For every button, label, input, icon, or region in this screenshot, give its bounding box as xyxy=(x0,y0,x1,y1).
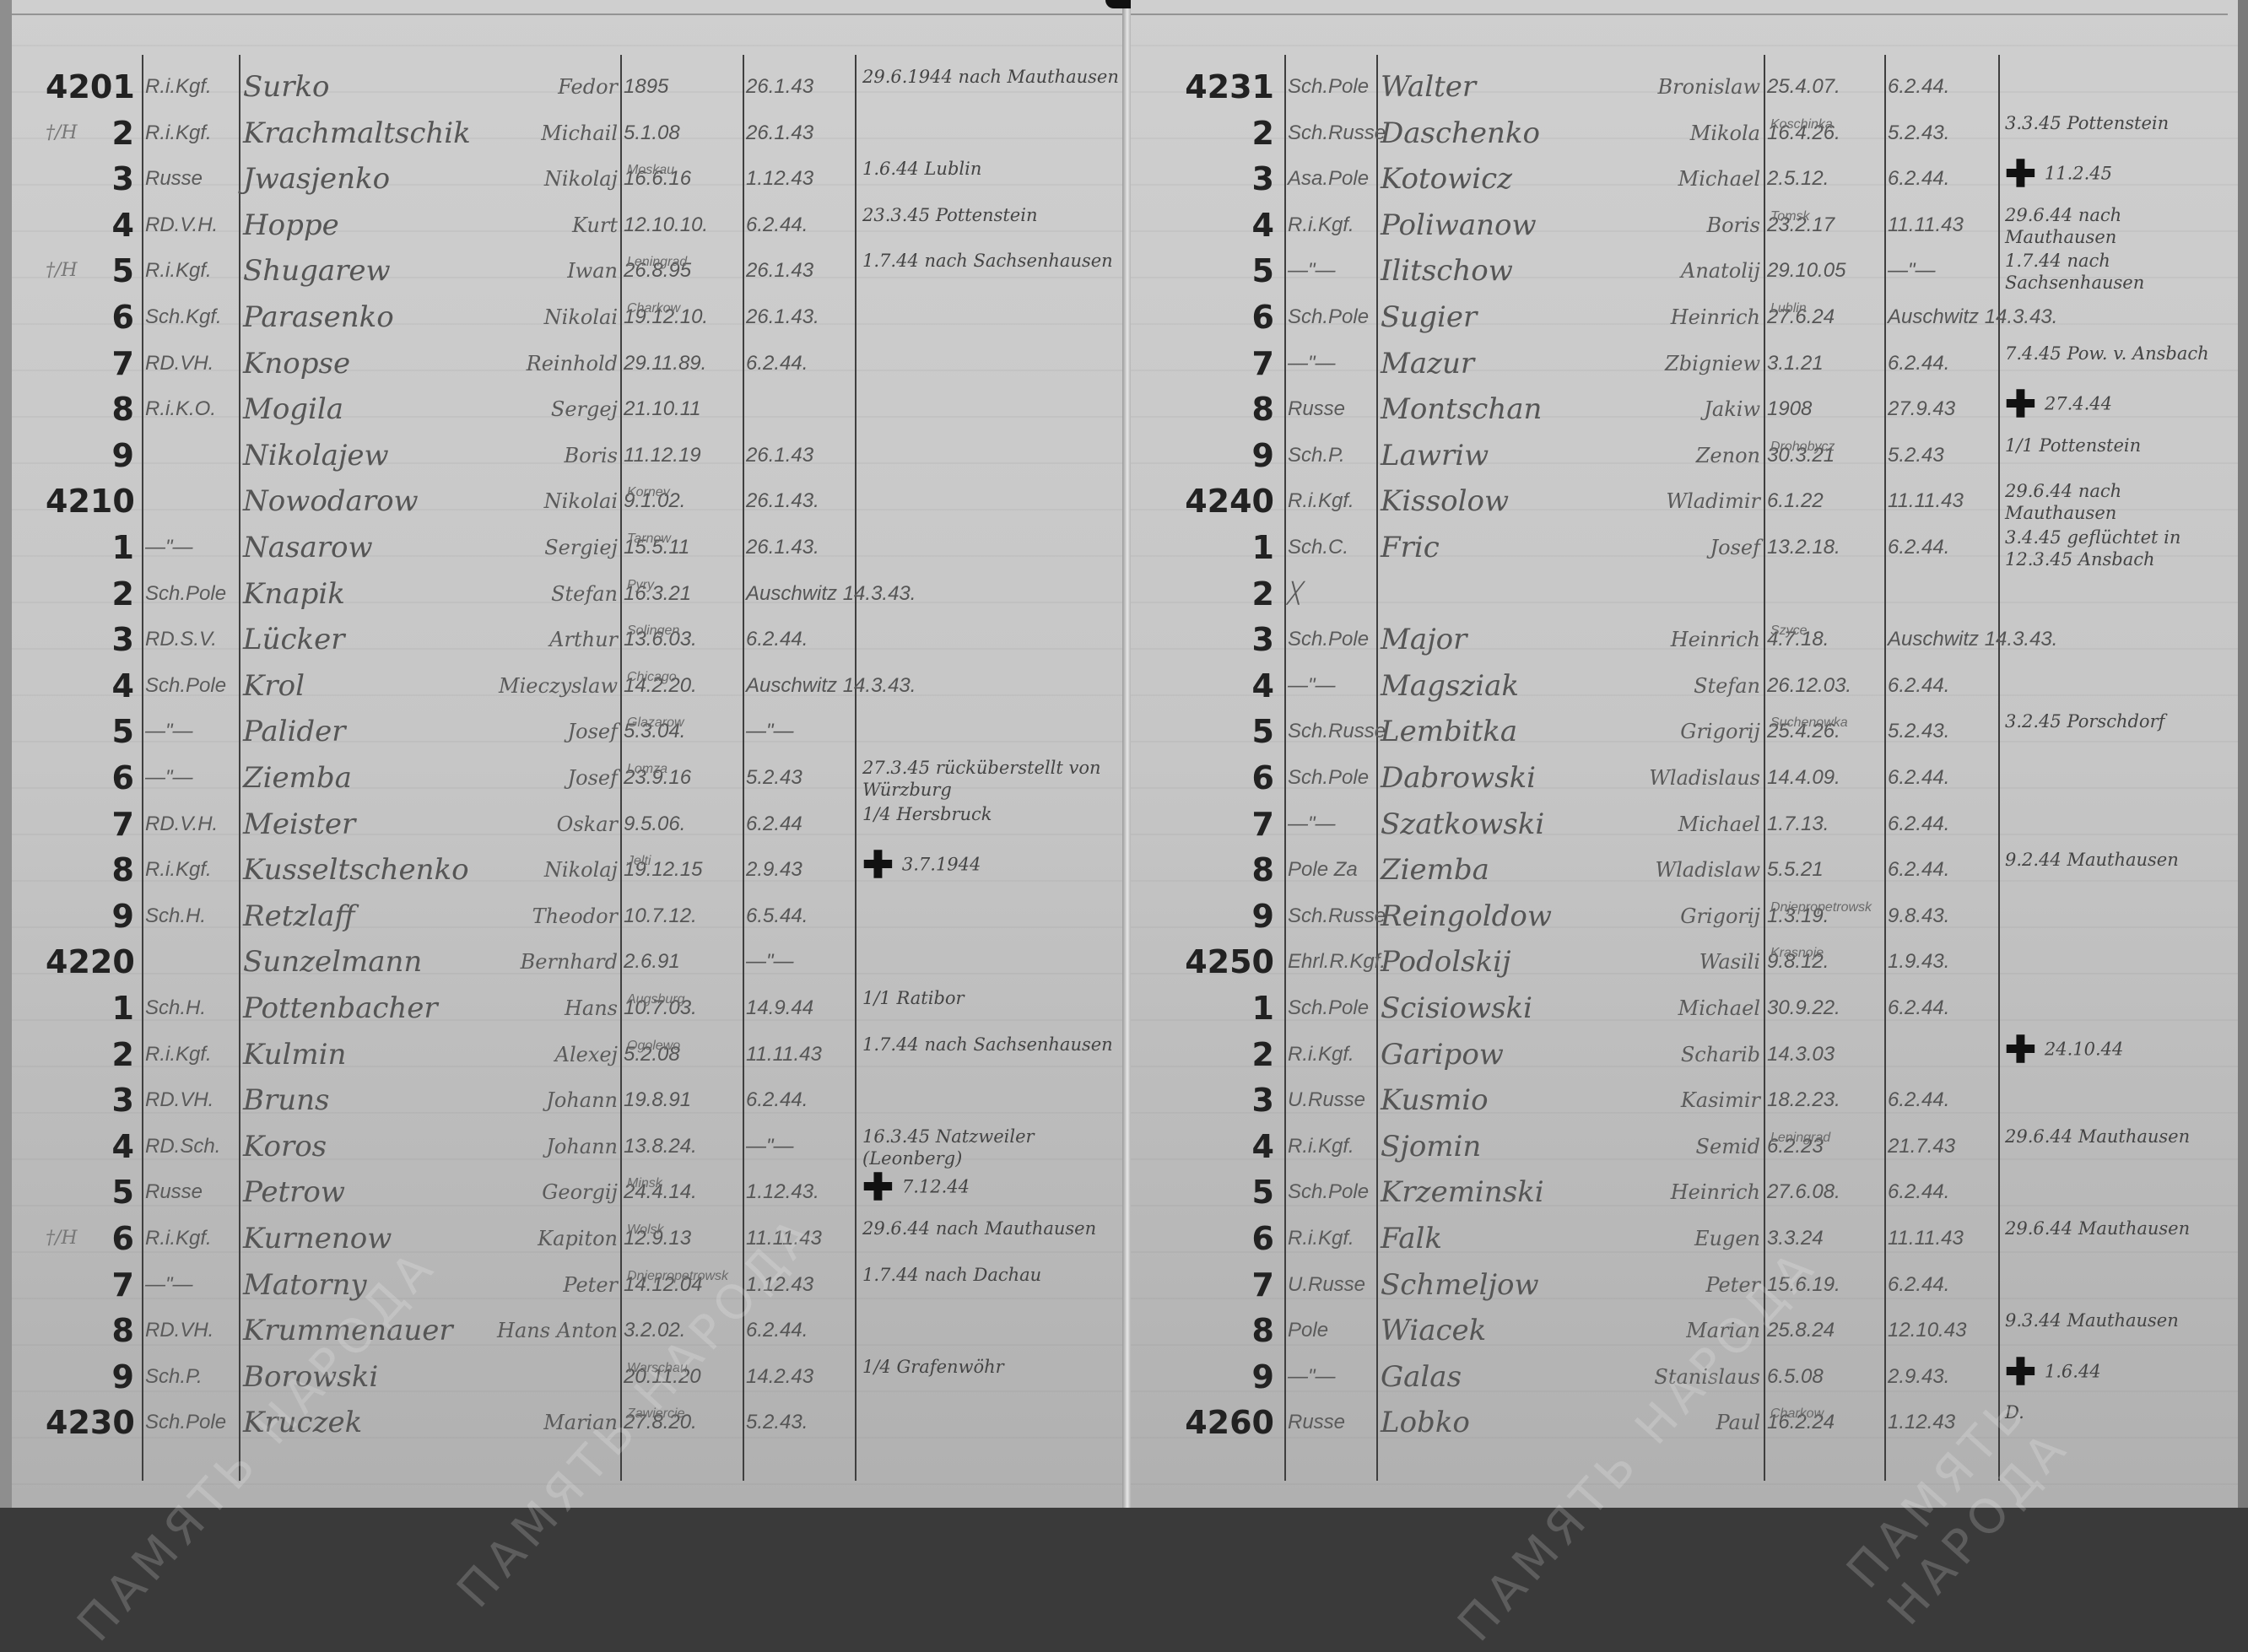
prisoner-number: 4240 xyxy=(1148,478,1274,524)
remark-text: 3.2.45 Porschdorf xyxy=(2005,711,2164,732)
birth-date: 13.2.18. xyxy=(1767,525,1882,570)
category: U.Russe xyxy=(1288,1262,1375,1308)
register-row: 6R.i.Kgf.FalkEugen3.3.2411.11.4329.6.44 … xyxy=(1131,1216,2238,1261)
remark: 29.6.44 nach Mauthausen xyxy=(2005,202,2233,250)
first-name: Sergiej xyxy=(484,525,618,570)
birth-date: 16.6.16Moskau xyxy=(624,156,740,202)
first-name: Heinrich xyxy=(1629,617,1760,662)
category: Sch.P. xyxy=(145,1354,238,1400)
prisoner-number: 9 xyxy=(1148,433,1274,478)
remark-text: 7.12.44 xyxy=(902,1177,970,1197)
category: Sch.Kgf. xyxy=(145,294,238,340)
arrival-date: 9.8.43. xyxy=(1888,893,1996,939)
death-cross-icon: ✚ xyxy=(862,1171,894,1205)
arrival-date: 1.12.43 xyxy=(746,156,852,202)
surname: Palider xyxy=(243,709,496,754)
prisoner-number: 8 xyxy=(46,386,134,432)
register-row: 2╳ xyxy=(1131,571,2238,617)
category xyxy=(145,433,238,478)
surname: Lembitka xyxy=(1381,709,1617,754)
register-row: 3RD.S.V.LückerArthur13.6.03.Solingen6.2.… xyxy=(12,617,1126,662)
birth-date: 16.4.26.Koschinka xyxy=(1767,111,1882,156)
register-row: 1Sch.C.FricJosef13.2.18.6.2.44.3.4.45 ge… xyxy=(1131,525,2238,570)
first-name: Stefan xyxy=(1629,663,1760,709)
first-name: Nikolaj xyxy=(484,847,618,893)
surname xyxy=(1381,571,1617,617)
category: Russe xyxy=(1288,1400,1375,1445)
remark-text: 1/1 Pottenstein xyxy=(2005,435,2141,456)
remark: 1.7.44 nach Dachau xyxy=(862,1262,1124,1309)
prisoner-number: 6 xyxy=(1148,755,1274,801)
surname: Krachmaltschik xyxy=(243,111,496,156)
prisoner-number: 3 xyxy=(1148,156,1274,202)
register-row: 3RusseJwasjenkoNikolaj16.6.16Moskau1.12.… xyxy=(12,156,1126,202)
arrival-date: 6.2.44. xyxy=(746,1077,852,1123)
category: Sch.H. xyxy=(145,985,238,1031)
register-row: 1Sch.PoleScisiowskiMichael30.9.22.6.2.44… xyxy=(1131,985,2238,1031)
prisoner-number: 6 xyxy=(46,1216,134,1261)
arrival-date: 5.2.43. xyxy=(746,1400,852,1445)
register-row: 2Sch.RusseDaschenkoMikola16.4.26.Koschin… xyxy=(1131,111,2238,156)
birth-date: 30.3.21Drohobycz xyxy=(1767,433,1882,478)
register-row: 5RussePetrowGeorgij24.4.14.Minsk1.12.43.… xyxy=(12,1169,1126,1215)
remark: 16.3.45 Natzweiler (Leonberg) xyxy=(862,1124,1124,1171)
arrival-date: 26.1.43 xyxy=(746,248,852,294)
surname: Nikolajew xyxy=(243,433,496,478)
register-row: 3Asa.PoleKotowiczMichael2.5.12.6.2.44.✚1… xyxy=(1131,156,2238,202)
right-page: 4231Sch.PoleWalterBronislaw25.4.07.6.2.4… xyxy=(1131,0,2238,1508)
remark-text: 29.6.44 nach Mauthausen xyxy=(2005,205,2121,247)
surname: Krol xyxy=(243,663,496,709)
register-row: 5—"—IlitschowAnatolij29.10.05—"—1.7.44 n… xyxy=(1131,248,2238,294)
prisoner-number: 8 xyxy=(46,847,134,893)
first-name: Eugen xyxy=(1629,1216,1760,1261)
birth-date: 1895 xyxy=(624,64,740,110)
surname: Pottenbacher xyxy=(243,985,496,1031)
surname: Walter xyxy=(1381,64,1617,110)
arrival-date: 6.2.44. xyxy=(1888,64,1996,110)
death-cross-icon: ✚ xyxy=(2005,158,2036,192)
register-row: 6Sch.PoleDabrowskiWladislaus14.4.09.6.2.… xyxy=(1131,755,2238,801)
remark-text: 24.10.44 xyxy=(2045,1039,2124,1059)
remark-text: 1/4 Grafenwöhr xyxy=(862,1357,1004,1377)
arrival-date: 6.2.44. xyxy=(746,617,852,662)
category: —"— xyxy=(1288,663,1375,709)
arrival-date: 1.12.43. xyxy=(746,1169,852,1215)
first-name: Josef xyxy=(484,709,618,754)
remark: 1/1 Pottenstein xyxy=(2005,433,2233,480)
first-name: Alexej xyxy=(484,1032,618,1077)
birth-place: Charkow xyxy=(627,286,680,332)
register-row: 2R.i.Kgf.GaripowScharib14.3.03✚24.10.44 xyxy=(1131,1032,2238,1077)
remark-text: 1.7.44 nach Sachsenhausen xyxy=(862,251,1113,271)
first-name: Nikolai xyxy=(484,478,618,524)
remark-text: 23.3.45 Pottenstein xyxy=(862,205,1037,225)
prisoner-number: 8 xyxy=(1148,386,1274,432)
birth-place: Szyce xyxy=(1770,608,1808,654)
prisoner-number: 7 xyxy=(1148,802,1274,847)
birth-place: Pyry xyxy=(627,563,654,608)
arrival-date: Auschwitz 14.3.43. xyxy=(746,663,852,709)
arrival-date: 27.9.43 xyxy=(1888,386,1996,432)
prisoner-number: 1 xyxy=(46,985,134,1031)
register-row: 4250Ehrl.R.Kgf.PodolskijWasili9.8.12.Kra… xyxy=(1131,939,2238,985)
birth-place: Leningrad xyxy=(1770,1115,1830,1161)
surname: Kulmin xyxy=(243,1032,496,1077)
category: —"— xyxy=(1288,248,1375,294)
first-name: Michail xyxy=(484,111,618,156)
category: Ehrl.R.Kgf. xyxy=(1288,939,1375,985)
birth-date: 6.1.22 xyxy=(1767,478,1882,524)
remark xyxy=(862,294,1124,342)
remark xyxy=(862,478,1124,526)
register-row: 1Sch.H.PottenbacherHans10.7.03.Augsburg1… xyxy=(12,985,1126,1031)
category: Russe xyxy=(145,156,238,202)
category: Sch.C. xyxy=(1288,525,1375,570)
category: R.i.Kgf. xyxy=(145,847,238,893)
register-row: 8RusseMontschanJakiw190827.9.43✚27.4.44 xyxy=(1131,386,2238,432)
top-rule xyxy=(1131,13,2228,15)
first-name: Hans xyxy=(484,985,618,1031)
surname: Sugier xyxy=(1381,294,1617,340)
surname: Kotowicz xyxy=(1381,156,1617,202)
surname: Shugarew xyxy=(243,248,496,294)
category: —"— xyxy=(145,755,238,801)
prisoner-number: 7 xyxy=(46,802,134,847)
category: —"— xyxy=(1288,341,1375,386)
arrival-date: 6.2.44. xyxy=(746,341,852,386)
remark xyxy=(2005,64,2233,111)
surname: Parasenko xyxy=(243,294,496,340)
birth-date: 23.2.17Tomsk xyxy=(1767,202,1882,248)
register-row: 1—"—NasarowSergiej15.5.11Tarnow26.1.43. xyxy=(12,525,1126,570)
first-name: Hans Anton xyxy=(484,1308,618,1353)
birth-place: Drohobycz xyxy=(1770,424,1835,470)
prisoner-number: 4231 xyxy=(1148,64,1274,110)
prisoner-number: 7 xyxy=(46,1262,134,1308)
remark xyxy=(2005,893,2233,941)
arrival-date: 14.9.44 xyxy=(746,985,852,1031)
remark: 7.4.45 Pow. v. Ansbach xyxy=(2005,341,2233,388)
remark xyxy=(862,386,1124,434)
first-name: Heinrich xyxy=(1629,294,1760,340)
first-name: Grigorij xyxy=(1629,709,1760,754)
remark xyxy=(862,1308,1124,1355)
category: —"— xyxy=(1288,1354,1375,1400)
prisoner-number: 1 xyxy=(1148,985,1274,1031)
remark: 1/1 Ratibor xyxy=(862,985,1124,1033)
first-name: Michael xyxy=(1629,985,1760,1031)
register-row: 4231Sch.PoleWalterBronislaw25.4.07.6.2.4… xyxy=(1131,64,2238,110)
surname: Major xyxy=(1381,617,1617,662)
surname: Dabrowski xyxy=(1381,755,1617,801)
surname: Krzeminski xyxy=(1381,1169,1617,1215)
surname: Lücker xyxy=(243,617,496,662)
remark-text: 16.3.45 Natzweiler (Leonberg) xyxy=(862,1126,1035,1169)
category: Sch.Russe xyxy=(1288,709,1375,754)
first-name: Jakiw xyxy=(1629,386,1760,432)
birth-date: 14.4.09. xyxy=(1767,755,1882,801)
prisoner-number: 1 xyxy=(46,525,134,570)
category: R.i.Kgf. xyxy=(1288,202,1375,248)
remark-text: 27.4.44 xyxy=(2045,394,2112,414)
arrival-date: 5.2.43 xyxy=(746,755,852,801)
arrival-date xyxy=(1888,1032,1996,1077)
remark-text: 11.2.45 xyxy=(2045,164,2112,184)
birth-date: 10.7.12. xyxy=(624,893,740,939)
prisoner-number: 3 xyxy=(46,156,134,202)
category: RD.V.H. xyxy=(145,802,238,847)
surname: Koros xyxy=(243,1124,496,1169)
birth-place: Minsk xyxy=(627,1161,662,1207)
arrival-date: 26.1.43 xyxy=(746,433,852,478)
category: Russe xyxy=(145,1169,238,1215)
arrival-date: 1.9.43. xyxy=(1888,939,1996,985)
prisoner-number: 9 xyxy=(46,1354,134,1400)
prisoner-number: 4 xyxy=(46,202,134,248)
remark-text: 1/4 Hersbruck xyxy=(862,804,992,824)
category: Sch.H. xyxy=(145,893,238,939)
birth-place: Koschinka xyxy=(1770,102,1833,148)
remark: 9.2.44 Mauthausen xyxy=(2005,847,2233,894)
surname: Kusseltschenko xyxy=(243,847,496,893)
prisoner-number: 9 xyxy=(1148,893,1274,939)
prisoner-number: 5 xyxy=(46,248,134,294)
category: R.i.Kgf. xyxy=(145,64,238,110)
prisoner-number: 3 xyxy=(1148,1077,1274,1123)
prisoner-number: 6 xyxy=(1148,1216,1274,1261)
first-name: Wladislaus xyxy=(1629,755,1760,801)
prisoner-number: 6 xyxy=(46,294,134,340)
arrival-date: 6.2.44. xyxy=(1888,1077,1996,1123)
prisoner-number: 5 xyxy=(1148,248,1274,294)
category: Sch.Pole xyxy=(1288,64,1375,110)
category: Asa.Pole xyxy=(1288,156,1375,202)
arrival-date: Auschwitz 14.3.43. xyxy=(746,571,852,617)
prisoner-number: 9 xyxy=(46,433,134,478)
first-name: Grigorij xyxy=(1629,893,1760,939)
prisoner-number: 4260 xyxy=(1148,1400,1274,1445)
remark xyxy=(862,341,1124,388)
prisoner-number: 4 xyxy=(1148,663,1274,709)
remark: 27.3.45 rücküberstellt von Würzburg xyxy=(862,755,1124,802)
remark xyxy=(862,571,1124,618)
prisoner-number: 4250 xyxy=(1148,939,1274,985)
category: Sch.Pole xyxy=(1288,755,1375,801)
register-row: 5—"—PaliderJosef5.3.04.Glazarow—"— xyxy=(12,709,1126,754)
arrival-date: 6.2.44. xyxy=(1888,1262,1996,1308)
remark-text: 29.6.1944 nach Mauthausen xyxy=(862,67,1119,87)
register-row: 3Sch.PoleMajorHeinrich4.7.18.SzyceAuschw… xyxy=(1131,617,2238,662)
prisoner-number: 7 xyxy=(46,341,134,386)
remark-text: 1.6.44 Lublin xyxy=(862,159,981,179)
remark: 3.2.45 Porschdorf xyxy=(2005,709,2233,756)
first-name: Mikola xyxy=(1629,111,1760,156)
first-name: Johann xyxy=(484,1077,618,1123)
first-name: Johann xyxy=(484,1124,618,1169)
page-edge xyxy=(2238,0,2248,1508)
register-row: 4R.i.Kgf.PoliwanowBoris23.2.17Tomsk11.11… xyxy=(1131,202,2238,248)
category: U.Russe xyxy=(1288,1077,1375,1123)
first-name: Boris xyxy=(484,433,618,478)
register-row: 4R.i.Kgf.SjominSemid6.2.23Leningrad21.7.… xyxy=(1131,1124,2238,1169)
first-name: Wladislaw xyxy=(1629,847,1760,893)
surname: Reingoldow xyxy=(1381,893,1617,939)
surname: Jwasjenko xyxy=(243,156,496,202)
remark: 1.7.44 nach Sachsenhausen xyxy=(862,248,1124,295)
prisoner-number: 4 xyxy=(1148,202,1274,248)
remark-text: 7.4.45 Pow. v. Ansbach xyxy=(2005,343,2209,364)
surname: Ziemba xyxy=(243,755,496,801)
prisoner-number: 7 xyxy=(1148,341,1274,386)
surname: Sunzelmann xyxy=(243,939,496,985)
arrival-date: 14.2.43 xyxy=(746,1354,852,1400)
register-row: 7—"—MatornyPeter14.12.04Dnjepropetrowsk1… xyxy=(12,1262,1126,1308)
birth-place: Lublin xyxy=(1770,286,1807,332)
first-name xyxy=(484,1354,618,1400)
register-row: 4Sch.PoleKrolMieczyslaw14.2.20.ChicagoAu… xyxy=(12,663,1126,709)
remark xyxy=(2005,294,2233,342)
register-row: 4220SunzelmannBernhard2.6.91—"— xyxy=(12,939,1126,985)
prisoner-number: 5 xyxy=(46,1169,134,1215)
arrival-date: —"— xyxy=(1888,248,1996,294)
prisoner-number: 3 xyxy=(46,617,134,662)
surname: Garipow xyxy=(1381,1032,1617,1077)
register-row: 8R.i.Kgf.KusseltschenkoNikolaj19.12.15Je… xyxy=(12,847,1126,893)
category: Sch.Russe xyxy=(1288,111,1375,156)
register-row: 4210NowodarowNikolai9.1.02.Kornev26.1.43… xyxy=(12,478,1126,524)
remark: 29.6.44 nach Mauthausen xyxy=(862,1216,1124,1263)
remark xyxy=(2005,1169,2233,1217)
register-row: 5Sch.RusseLembitkaGrigorij25.4.26.Suchen… xyxy=(1131,709,2238,754)
first-name: Peter xyxy=(484,1262,618,1308)
first-name: Kapiton xyxy=(484,1216,618,1261)
prisoner-number: 2 xyxy=(1148,111,1274,156)
surname: Ilitschow xyxy=(1381,248,1617,294)
prisoner-number: 8 xyxy=(1148,1308,1274,1353)
remark-text: 3.4.45 geflüchtet in 12.3.45 Ansbach xyxy=(2005,527,2180,570)
first-name: Heinrich xyxy=(1629,1169,1760,1215)
remark-text: 1.7.44 nach Dachau xyxy=(862,1265,1041,1285)
birth-place: Leningrad xyxy=(627,240,687,285)
prisoner-number: 2 xyxy=(46,1032,134,1077)
prisoner-number: 4 xyxy=(46,663,134,709)
prisoner-number: 4230 xyxy=(46,1400,134,1445)
surname: Fric xyxy=(1381,525,1617,570)
prisoner-number: 4 xyxy=(1148,1124,1274,1169)
remark-text: 1.7.44 nach Sachsenhausen xyxy=(862,1034,1113,1055)
prisoner-number: 3 xyxy=(1148,617,1274,662)
category: RD.Sch. xyxy=(145,1124,238,1169)
register-row: 3RD.VH.BrunsJohann19.8.916.2.44. xyxy=(12,1077,1126,1123)
category: RD.VH. xyxy=(145,1308,238,1353)
first-name: Kurt xyxy=(484,202,618,248)
surname: Mogila xyxy=(243,386,496,432)
prisoner-number: 5 xyxy=(1148,709,1274,754)
category xyxy=(145,478,238,524)
register-row: 7—"—SzatkowskiMichael1.7.13.6.2.44. xyxy=(1131,802,2238,847)
arrival-date: 6.2.44. xyxy=(1888,755,1996,801)
remark: 23.3.45 Pottenstein xyxy=(862,202,1124,250)
arrival-date: 11.11.43 xyxy=(1888,1216,1996,1261)
birth-date: 6.2.23Leningrad xyxy=(1767,1124,1882,1169)
first-name: Bernhard xyxy=(484,939,618,985)
register-row: 5Sch.PoleKrzeminskiHeinrich27.6.08.6.2.4… xyxy=(1131,1169,2238,1215)
birth-date: 3.1.21 xyxy=(1767,341,1882,386)
surname: Knopse xyxy=(243,341,496,386)
birth-place: Lomza xyxy=(627,747,667,792)
birth-date: 23.9.16Lomza xyxy=(624,755,740,801)
birth-date: 16.2.24Charkow xyxy=(1767,1400,1882,1445)
first-name: Michael xyxy=(1629,802,1760,847)
birth-date: 9.8.12.Krasnoje xyxy=(1767,939,1882,985)
prisoner-number: 6 xyxy=(1148,294,1274,340)
birth-place: Krasnoje xyxy=(1770,931,1824,976)
arrival-date: 6.2.44. xyxy=(1888,1169,1996,1215)
remark xyxy=(862,1400,1124,1447)
surname: Sjomin xyxy=(1381,1124,1617,1169)
surname: Retzlaff xyxy=(243,893,496,939)
birth-place: Augsburg xyxy=(627,977,685,1023)
first-name xyxy=(1629,571,1760,617)
birth-date: 19.12.15Jelti xyxy=(624,847,740,893)
category: R.i.Kgf. xyxy=(145,111,238,156)
register-row: 4—"—MagsziakStefan26.12.03.6.2.44. xyxy=(1131,663,2238,709)
arrival-date: 6.2.44 xyxy=(746,802,852,847)
remark: ✚24.10.44 xyxy=(2005,1032,2233,1079)
register-row: 4RD.V.H.HoppeKurt12.10.10.6.2.44.23.3.45… xyxy=(12,202,1126,248)
arrival-date: 6.2.44. xyxy=(746,1308,852,1353)
surname: Mazur xyxy=(1381,341,1617,386)
remark-text: 1/1 Ratibor xyxy=(862,988,965,1008)
surname: Bruns xyxy=(243,1077,496,1123)
surname: Poliwanow xyxy=(1381,202,1617,248)
category: —"— xyxy=(145,525,238,570)
surname: Surko xyxy=(243,64,496,110)
remark xyxy=(862,893,1124,941)
surname: Szatkowski xyxy=(1381,802,1617,847)
category: Russe xyxy=(1288,386,1375,432)
prisoner-number: 4220 xyxy=(46,939,134,985)
arrival-date: —"— xyxy=(746,709,852,754)
remark: 1/4 Grafenwöhr xyxy=(862,1354,1124,1401)
category: Pole Za xyxy=(1288,847,1375,893)
category: R.i.Kgf. xyxy=(145,1032,238,1077)
prisoner-number: 4 xyxy=(46,1124,134,1169)
surname: Petrow xyxy=(243,1169,496,1215)
remark: 1.7.44 nach Sachsenhausen xyxy=(2005,248,2233,295)
arrival-date: 26.1.43. xyxy=(746,294,852,340)
arrival-date: 26.1.43. xyxy=(746,478,852,524)
surname: Kurnenow xyxy=(243,1216,496,1261)
surname: Nasarow xyxy=(243,525,496,570)
prisoner-number: 2 xyxy=(1148,571,1274,617)
first-name: Kasimir xyxy=(1629,1077,1760,1123)
register-row: 4201R.i.Kgf.SurkoFedor189526.1.4329.6.19… xyxy=(12,64,1126,110)
birth-place: Tomsk xyxy=(1770,194,1810,240)
register-row: 9Sch.P.LawriwZenon30.3.21Drohobycz5.2.43… xyxy=(1131,433,2238,478)
register-spread: 4201R.i.Kgf.SurkoFedor189526.1.4329.6.19… xyxy=(0,0,2248,1508)
remark: 1.6.44 Lublin xyxy=(862,156,1124,203)
remark: ✚27.4.44 xyxy=(2005,386,2233,434)
category: Sch.Pole xyxy=(1288,1169,1375,1215)
register-row: †/H6R.i.Kgf.KurnenowKapiton12.9.13Wolsk1… xyxy=(12,1216,1126,1261)
remark xyxy=(2005,617,2233,664)
surname: Schmeljow xyxy=(1381,1262,1617,1308)
register-row: 4230Sch.PoleKruczekMarian27.8.20.Zawierc… xyxy=(12,1400,1126,1445)
surname: Meister xyxy=(243,802,496,847)
arrival-date: Auschwitz 14.3.43. xyxy=(1888,294,1996,340)
